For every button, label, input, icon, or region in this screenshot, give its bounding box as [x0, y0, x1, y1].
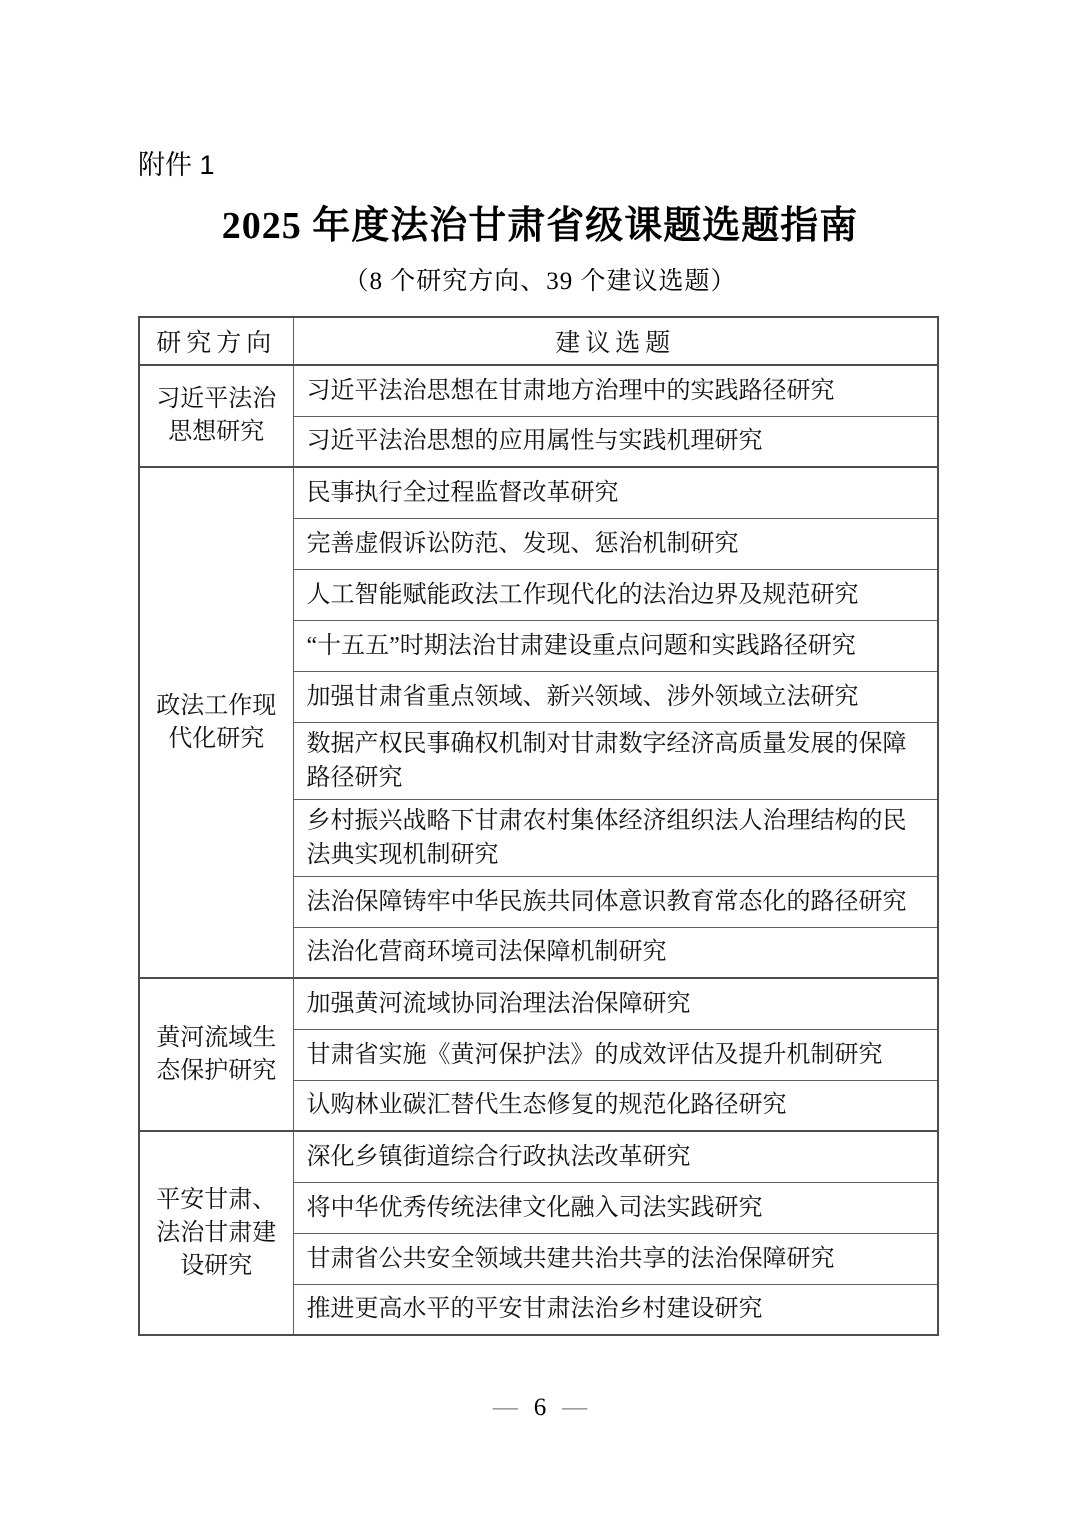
table-row: 黄河流域生态保护研究 加强黄河流域协同治理法治保障研究	[139, 978, 938, 1029]
topic-cell: 深化乡镇街道综合行政执法改革研究	[293, 1131, 938, 1182]
topic-cell: 加强黄河流域协同治理法治保障研究	[293, 978, 938, 1029]
topic-cell: 数据产权民事确权机制对甘肃数字经济高质量发展的保障路径研究	[293, 722, 938, 799]
topic-cell: 法治化营商环境司法保障机制研究	[293, 927, 938, 978]
topics-table-container: 研究方向 建议选题 习近平法治思想研究 习近平法治思想在甘肃地方治理中的实践路径…	[138, 316, 939, 1336]
topic-cell: 甘肃省实施《黄河保护法》的成效评估及提升机制研究	[293, 1029, 938, 1080]
topic-cell: 完善虚假诉讼防范、发现、惩治机制研究	[293, 518, 938, 569]
topics-table: 研究方向 建议选题 习近平法治思想研究 习近平法治思想在甘肃地方治理中的实践路径…	[138, 316, 939, 1336]
direction-cell: 黄河流域生态保护研究	[139, 978, 293, 1131]
table-row: 平安甘肃、法治甘肃建设研究 深化乡镇街道综合行政执法改革研究	[139, 1131, 938, 1182]
topic-cell: 将中华优秀传统法律文化融入司法实践研究	[293, 1182, 938, 1233]
page-title: 2025 年度法治甘肃省级课题选题指南	[0, 194, 1080, 249]
topic-cell: 民事执行全过程监督改革研究	[293, 467, 938, 518]
table-row: 习近平法治思想研究 习近平法治思想在甘肃地方治理中的实践路径研究	[139, 365, 938, 416]
topic-cell: 习近平法治思想在甘肃地方治理中的实践路径研究	[293, 365, 938, 416]
topic-cell: 认购林业碳汇替代生态修复的规范化路径研究	[293, 1080, 938, 1131]
direction-cell: 政法工作现代化研究	[139, 467, 293, 978]
direction-cell: 平安甘肃、法治甘肃建设研究	[139, 1131, 293, 1335]
table-row: 政法工作现代化研究 民事执行全过程监督改革研究	[139, 467, 938, 518]
header-suggested-topics: 建议选题	[293, 317, 938, 365]
header-research-direction: 研究方向	[139, 317, 293, 365]
footer-dash-right: —	[562, 1394, 587, 1421]
topic-cell: 推进更高水平的平安甘肃法治乡村建设研究	[293, 1284, 938, 1335]
page-number: 6	[534, 1394, 547, 1421]
page-footer: —6—	[0, 1394, 1080, 1422]
topic-cell: 习近平法治思想的应用属性与实践机理研究	[293, 416, 938, 467]
direction-label: 黄河流域生态保护研究	[153, 1022, 279, 1088]
topic-cell: 甘肃省公共安全领域共建共治共享的法治保障研究	[293, 1233, 938, 1284]
topic-cell: 乡村振兴战略下甘肃农村集体经济组织法人治理结构的民法典实现机制研究	[293, 799, 938, 876]
page-subtitle: （8 个研究方向、39 个建议选题）	[0, 261, 1080, 297]
topic-cell: 加强甘肃省重点领域、新兴领域、涉外领域立法研究	[293, 671, 938, 722]
direction-label: 习近平法治思想研究	[153, 383, 279, 449]
direction-label: 平安甘肃、法治甘肃建设研究	[153, 1184, 279, 1283]
topic-cell: 法治保障铸牢中华民族共同体意识教育常态化的路径研究	[293, 876, 938, 927]
direction-label: 政法工作现代化研究	[153, 690, 279, 756]
direction-cell: 习近平法治思想研究	[139, 365, 293, 467]
topic-cell: 人工智能赋能政法工作现代化的法治边界及规范研究	[293, 569, 938, 620]
topic-cell: “十五五”时期法治甘肃建设重点问题和实践路径研究	[293, 620, 938, 671]
document-page: 附件 1 2025 年度法治甘肃省级课题选题指南 （8 个研究方向、39 个建议…	[0, 0, 1080, 1527]
table-header-row: 研究方向 建议选题	[139, 317, 938, 365]
footer-dash-left: —	[493, 1394, 518, 1421]
attachment-label: 附件 1	[138, 143, 215, 182]
